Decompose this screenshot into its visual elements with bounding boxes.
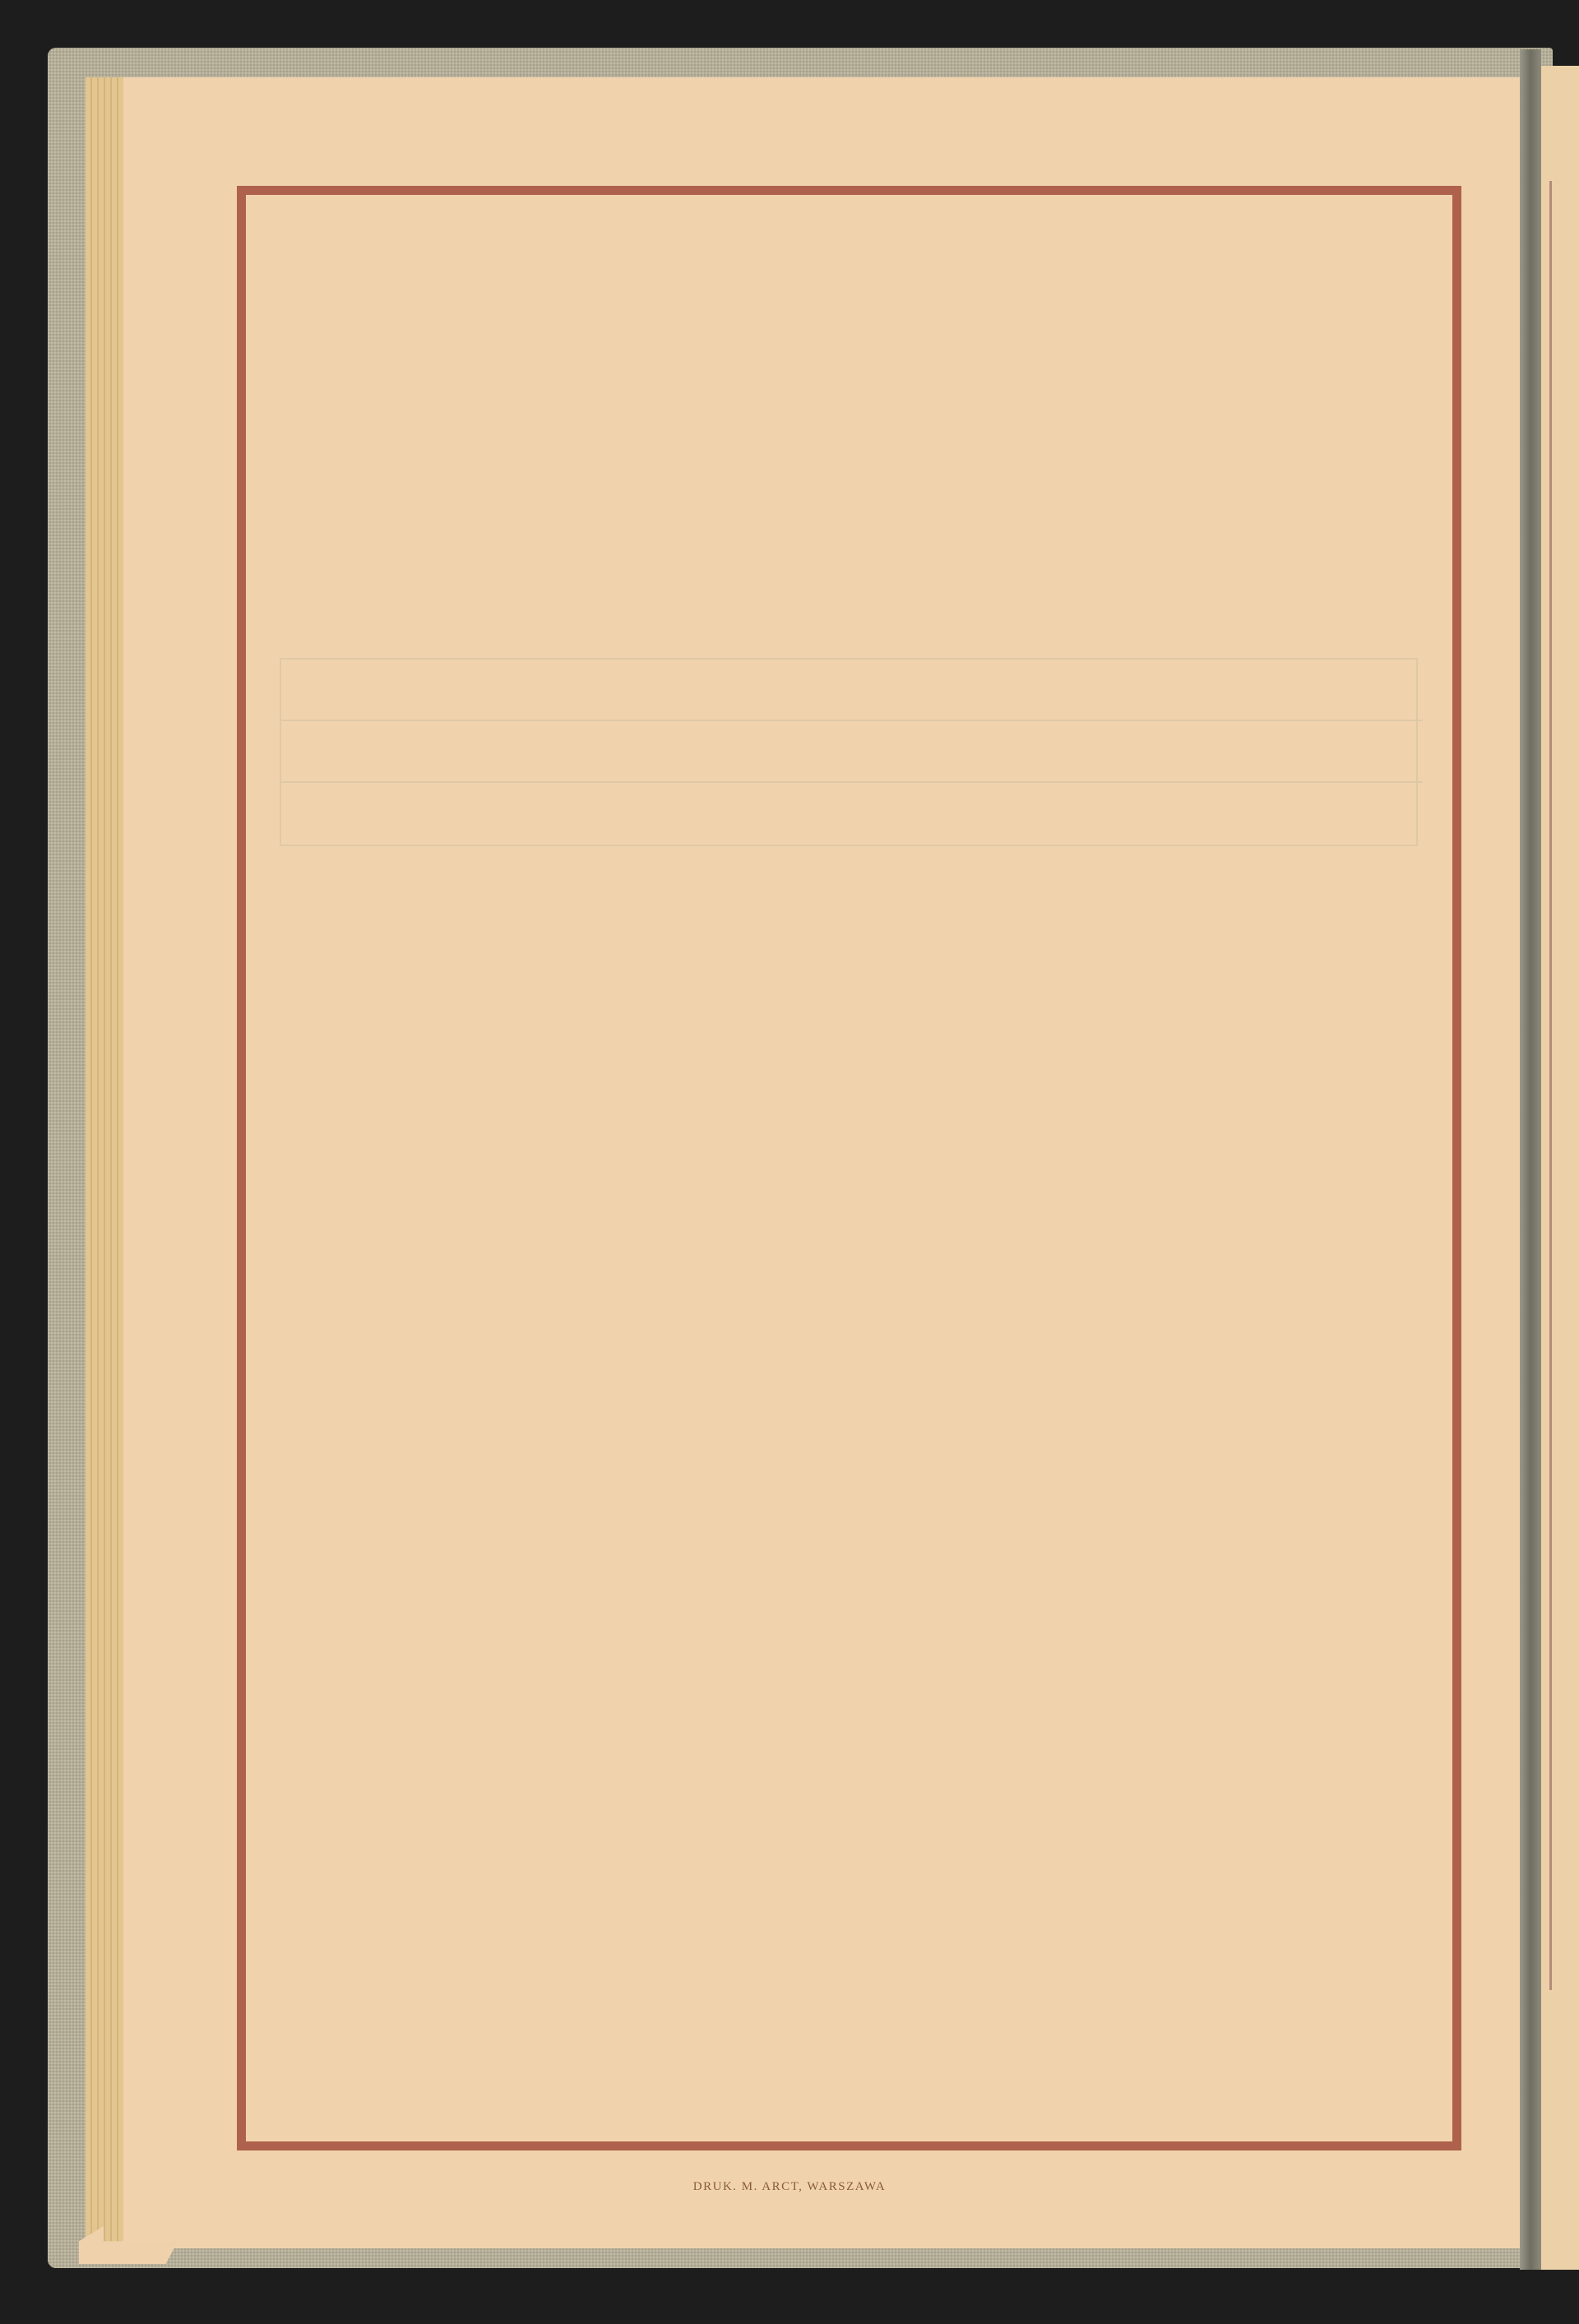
printer-imprint: DRUK. M. ARCT, WARSZAWA bbox=[0, 2180, 1579, 2194]
book-gutter bbox=[1520, 49, 1541, 2270]
facing-page-ornament bbox=[1549, 181, 1579, 1990]
facing-page-edge bbox=[1541, 66, 1579, 2270]
page-stack-edges bbox=[86, 77, 128, 2248]
page-frame-border bbox=[237, 186, 1461, 2150]
